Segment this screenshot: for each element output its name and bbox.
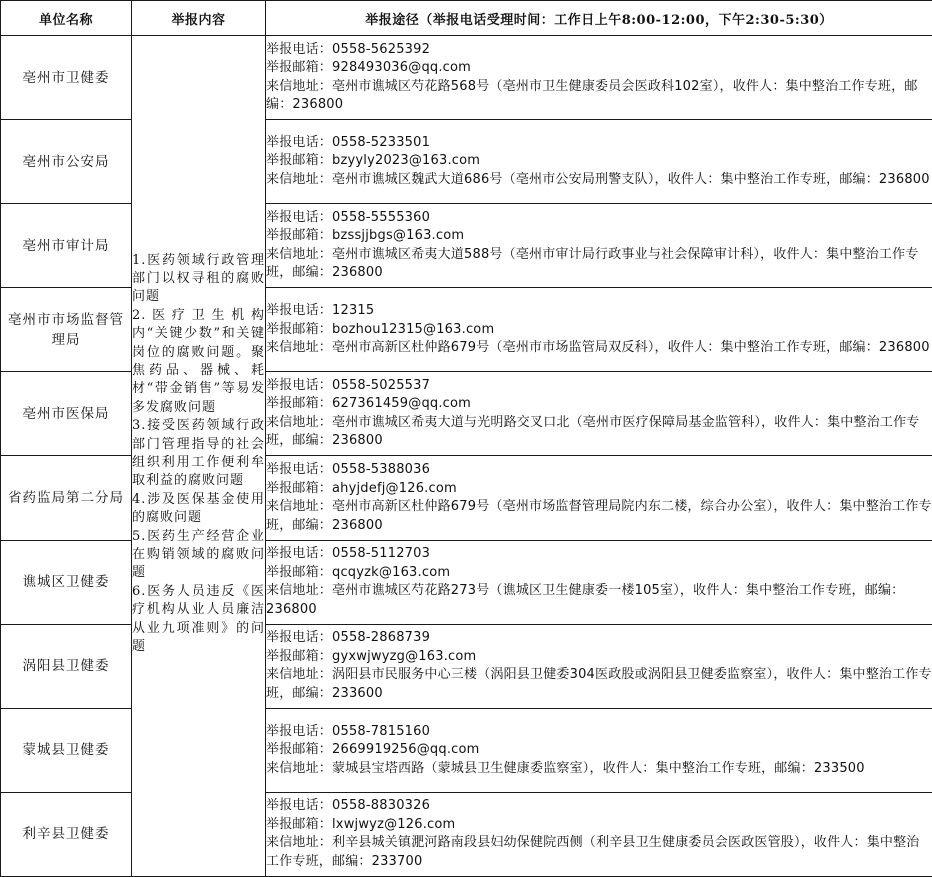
content-item: 1.医药领域行政管理部门以权寻租的腐败问题 <box>132 252 265 307</box>
report-channel-cell: 举报电话：0558-5625392 举报邮箱：928493036@qq.com … <box>266 36 932 120</box>
unit-name: 亳州市市场监督管理局 <box>1 288 132 372</box>
content-item: 5.医药生产经营企业在购销领域的腐败问题 <box>132 528 265 583</box>
report-phone: 举报电话：12315 <box>266 302 932 321</box>
mail-address: 来信地址：涡阳县市民服务中心三楼（涡阳县卫健委304医政股或涡阳县卫健委监察室）… <box>266 666 932 703</box>
column-header-unit: 单位名称 <box>1 1 132 36</box>
report-content-cell: 1.医药领域行政管理部门以权寻租的腐败问题 2.医疗卫生机构内“关键少数”和关键… <box>132 36 266 877</box>
content-item: 2.医疗卫生机构内“关键少数”和关键岗位的腐败问题。聚焦药品、器械、耗材“带金销… <box>132 307 265 417</box>
report-email: 举报邮箱：bozhou12315@163.com <box>266 321 932 340</box>
report-phone: 举报电话：0558-5233501 <box>266 134 932 153</box>
unit-name: 涡阳县卫健委 <box>1 624 132 708</box>
content-item: 6.医务人员违反《医疗机构从业人员廉洁从业九项准则》的问题 <box>132 583 265 657</box>
column-header-content: 举报内容 <box>132 1 266 36</box>
mail-address: 来信地址：亳州市谯城区希夷大道与光明路交叉口北（亳州市医疗保障局基金监管科），收… <box>266 414 932 451</box>
report-phone: 举报电话：0558-2868739 <box>266 629 932 648</box>
report-email: 举报邮箱：2669919256@qq.com <box>266 741 932 760</box>
report-channel-cell: 举报电话：0558-2868739 举报邮箱：gyxwjwyzg@163.com… <box>266 624 932 708</box>
report-phone: 举报电话：0558-5388036 <box>266 461 932 480</box>
mail-address: 来信地址：亳州市谯城区芍花路273号（谯城区卫生健康委一楼105室），收件人：集… <box>266 582 932 619</box>
report-email: 举报邮箱：qcqyzk@163.com <box>266 564 932 583</box>
report-phone: 举报电话：0558-8830326 <box>266 797 932 816</box>
report-email: 举报邮箱：gyxwjwyzg@163.com <box>266 648 932 667</box>
report-email: 举报邮箱：ahyjdefj@126.com <box>266 480 932 499</box>
report-phone: 举报电话：0558-5025537 <box>266 377 932 396</box>
mail-address: 来信地址：亳州市谯城区希夷大道588号（亳州市审计局行政事业与社会保障审计科），… <box>266 246 932 283</box>
report-channel-cell: 举报电话：0558-8830326 举报邮箱：lxwjwyz@126.com 来… <box>266 792 932 876</box>
report-channel-cell: 举报电话：0558-5112703 举报邮箱：qcqyzk@163.com 来信… <box>266 540 932 624</box>
unit-name: 亳州市医保局 <box>1 372 132 456</box>
report-channel-cell: 举报电话：0558-5233501 举报邮箱：bzyyly2023@163.co… <box>266 120 932 204</box>
mail-address: 来信地址：亳州市高新区杜仲路679号（亳州市场监督管理局院内东二楼，综合办公室）… <box>266 498 932 535</box>
report-channel-cell: 举报电话：0558-5025537 举报邮箱：627361459@qq.com … <box>266 372 932 456</box>
report-phone: 举报电话：0558-5112703 <box>266 545 932 564</box>
column-header-channel: 举报途径（举报电话受理时间：工作日上午8:00-12:00，下午2:30-5:3… <box>266 1 932 36</box>
report-email: 举报邮箱：bzyyly2023@163.com <box>266 152 932 171</box>
unit-name: 利辛县卫健委 <box>1 792 132 876</box>
mail-address: 来信地址：亳州市谯城区芍花路568号（亳州市卫生健康委员会医政科102室），收件… <box>266 78 932 115</box>
table-row: 亳州市卫健委 1.医药领域行政管理部门以权寻租的腐败问题 2.医疗卫生机构内“关… <box>1 36 932 120</box>
report-phone: 举报电话：0558-7815160 <box>266 723 932 742</box>
report-channel-cell: 举报电话：0558-5388036 举报邮箱：ahyjdefj@126.com … <box>266 456 932 540</box>
mail-address: 来信地址：亳州市谯城区魏武大道686号（亳州市公安局刑警支队），收件人：集中整治… <box>266 171 932 190</box>
mail-address: 来信地址：蒙城县宝塔西路（蒙城县卫生健康委监察室），收件人：集中整治工作专班，邮… <box>266 760 932 779</box>
report-channel-cell: 举报电话：0558-5555360 举报邮箱：bzssjjbgs@163.com… <box>266 204 932 288</box>
report-email: 举报邮箱：lxwjwyz@126.com <box>266 816 932 835</box>
report-phone: 举报电话：0558-5555360 <box>266 209 932 228</box>
report-email: 举报邮箱：627361459@qq.com <box>266 395 932 414</box>
report-phone: 举报电话：0558-5625392 <box>266 41 932 60</box>
unit-name: 蒙城县卫健委 <box>1 708 132 792</box>
report-channel-cell: 举报电话：12315 举报邮箱：bozhou12315@163.com 来信地址… <box>266 288 932 372</box>
unit-name: 亳州市卫健委 <box>1 36 132 120</box>
content-item: 3.接受医药领域行政部门管理指导的社会组织利用工作便利牟取利益的腐败问题 <box>132 417 265 491</box>
unit-name: 亳州市审计局 <box>1 204 132 288</box>
unit-name: 谯城区卫健委 <box>1 540 132 624</box>
report-channel-cell: 举报电话：0558-7815160 举报邮箱：2669919256@qq.com… <box>266 708 932 792</box>
mail-address: 来信地址：利辛县城关镇淝河路南段县妇幼保健院西侧（利辛县卫生健康委员会医政医管股… <box>266 834 932 871</box>
report-channels-table: 单位名称 举报内容 举报途径（举报电话受理时间：工作日上午8:00-12:00，… <box>0 0 932 877</box>
content-item: 4.涉及医保基金使用的腐败问题 <box>132 491 265 528</box>
mail-address: 来信地址：亳州市高新区杜仲路679号（亳州市市场监管局双反科），收件人：集中整治… <box>266 339 932 358</box>
report-email: 举报邮箱：928493036@qq.com <box>266 59 932 78</box>
unit-name: 亳州市公安局 <box>1 120 132 204</box>
table-header-row: 单位名称 举报内容 举报途径（举报电话受理时间：工作日上午8:00-12:00，… <box>1 1 932 36</box>
unit-name: 省药监局第二分局 <box>1 456 132 540</box>
report-email: 举报邮箱：bzssjjbgs@163.com <box>266 227 932 246</box>
